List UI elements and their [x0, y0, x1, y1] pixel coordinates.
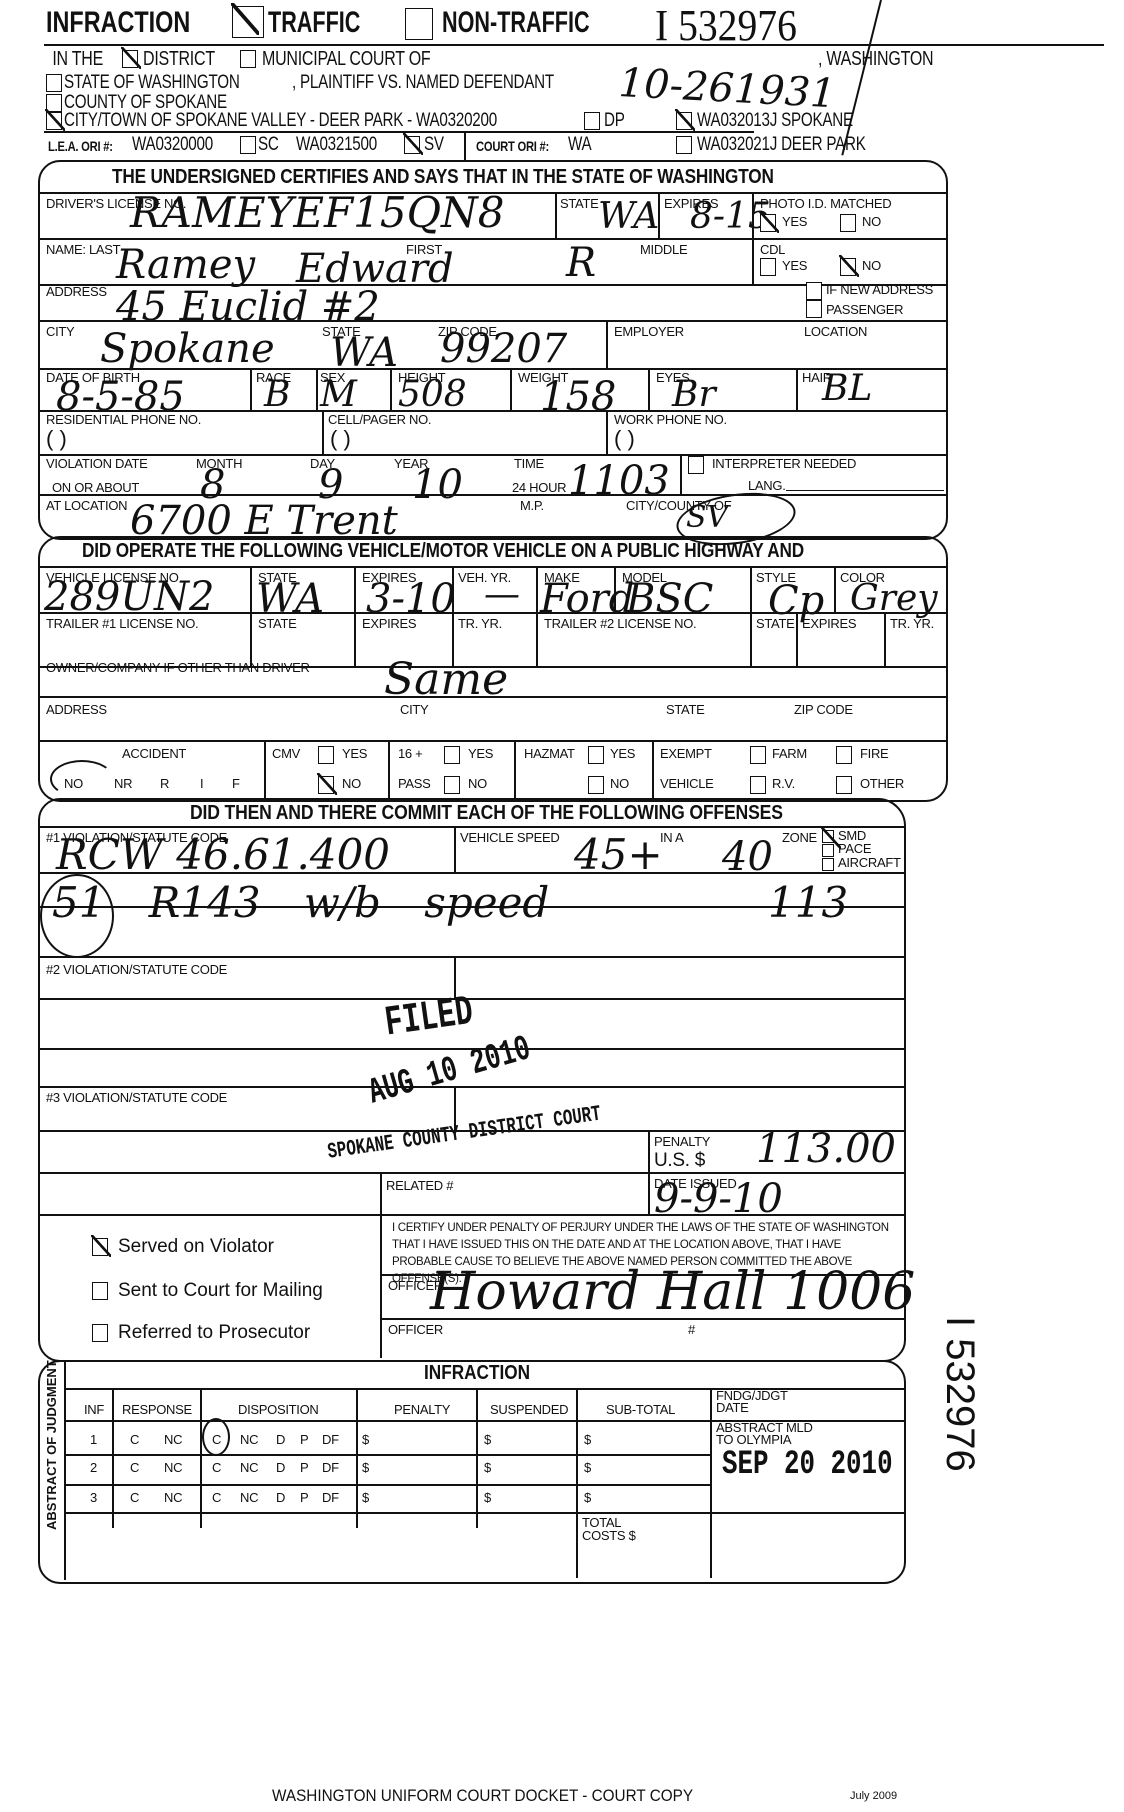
vehicle-speed-label: VEHICLE SPEED — [460, 830, 559, 845]
vehicle-section-title: DID OPERATE THE FOLLOWING VEHICLE/MOTOR … — [82, 540, 804, 563]
total-costs-label: TOTAL COSTS $ — [582, 1516, 642, 1542]
time-label: TIME — [514, 456, 544, 471]
cdl-yes-checkbox[interactable] — [760, 258, 780, 276]
trailer1-state-label: STATE — [258, 616, 296, 631]
disp-d[interactable]: D — [276, 1490, 285, 1505]
row-inf: 2 — [90, 1460, 97, 1475]
mp-label: M.P. — [520, 498, 544, 513]
disp-df[interactable]: DF — [322, 1490, 339, 1505]
divider — [64, 1360, 66, 1580]
violation-date-label: VIOLATION DATE — [46, 456, 148, 471]
v1-amount[interactable]: 113 — [768, 878, 848, 927]
divider — [514, 740, 516, 798]
municipal-label: MUNICIPAL COURT OF — [262, 48, 430, 71]
officer-num-label: # — [688, 1322, 695, 1337]
cdl-no-checkbox[interactable] — [840, 258, 860, 276]
side-citation-number: I 532976 — [937, 1316, 982, 1472]
divider — [380, 1172, 382, 1358]
traffic-checkbox[interactable] — [232, 6, 268, 38]
rule — [38, 1086, 904, 1088]
case-number: 10-261931 — [618, 60, 837, 117]
accident-r[interactable]: R — [160, 776, 169, 791]
col-subtotal: SUB-TOTAL — [606, 1402, 675, 1417]
owner-city-label: CITY — [400, 702, 428, 717]
rule — [38, 612, 946, 614]
sv-checkbox[interactable] — [404, 136, 424, 154]
rule — [38, 740, 946, 742]
col-response: RESPONSE — [122, 1402, 192, 1417]
court-ori-value: WA — [568, 134, 591, 156]
penalty-value[interactable]: 113.00 — [756, 1126, 896, 1172]
row-inf: 3 — [90, 1490, 97, 1505]
divider — [390, 368, 392, 410]
sixteen-label: 16 + — [398, 746, 422, 761]
divider — [316, 368, 318, 410]
dp-label: DP — [604, 110, 625, 132]
divider — [454, 826, 456, 872]
photo-id-yes-checkbox[interactable] — [760, 214, 780, 232]
photo-id-yes-label: YES — [782, 214, 807, 229]
disp-c[interactable]: C — [212, 1490, 221, 1505]
zip-value[interactable]: 99207 — [440, 326, 567, 372]
officer-signature: Howard Hall 1006 — [430, 1262, 915, 1322]
city-county-value[interactable]: SV — [686, 500, 728, 535]
rule — [64, 1484, 710, 1486]
weight-value[interactable]: 158 — [540, 374, 616, 420]
divider — [510, 368, 512, 410]
veh-yr-value[interactable]: — — [484, 574, 520, 615]
divider — [200, 1388, 202, 1528]
city-town-label: CITY/TOWN OF SPOKANE VALLEY - DEER PARK … — [64, 110, 497, 132]
rule — [64, 1512, 904, 1514]
driver-section-title: THE UNDERSIGNED CERTIFIES AND SAYS THAT … — [112, 166, 774, 189]
v2-label: #2 VIOLATION/STATUTE CODE — [46, 962, 227, 977]
divider — [250, 368, 252, 410]
accident-nr[interactable]: NR — [114, 776, 132, 791]
penalty-dollar[interactable]: $ — [362, 1490, 369, 1505]
city-label: CITY — [46, 324, 74, 339]
wa032021j-label: WA032021J DEER PARK — [697, 134, 866, 156]
rule — [38, 566, 946, 568]
sc-value: WA0321500 — [296, 134, 377, 156]
referred-checkbox[interactable] — [92, 1324, 112, 1342]
served-checkbox[interactable] — [92, 1238, 112, 1256]
wa032013j-label: WA032013J SPOKANE — [697, 110, 853, 132]
new-address-label: IF NEW ADDRESS — [826, 282, 933, 297]
served-label: Served on Violator — [118, 1236, 274, 1258]
traffic-label: TRAFFIC — [268, 6, 360, 40]
state-of-wa-checkbox[interactable] — [46, 74, 66, 92]
cmv-no-label: NO — [342, 776, 361, 791]
pass-label: PASS — [398, 776, 431, 791]
suspended-dollar[interactable]: $ — [484, 1460, 491, 1475]
divider — [652, 740, 654, 798]
accident-f[interactable]: F — [232, 776, 240, 791]
penalty-dollar[interactable]: $ — [362, 1432, 369, 1447]
rule — [38, 956, 904, 958]
eyes-value[interactable]: Br — [672, 374, 716, 415]
divider — [750, 566, 752, 666]
nontraffic-label: NON-TRAFFIC — [442, 6, 590, 40]
city-town-checkbox[interactable] — [46, 112, 66, 130]
passenger-checkbox[interactable] — [806, 300, 826, 318]
sixteen-yes-label: YES — [468, 746, 493, 761]
col-disposition: DISPOSITION — [238, 1402, 319, 1417]
court-ori-label: COURT ORI #: — [476, 138, 549, 154]
divider — [796, 612, 798, 666]
district-label: DISTRICT — [143, 48, 215, 71]
rule — [64, 1454, 710, 1456]
us-dollar-label: U.S. $ — [654, 1150, 705, 1172]
lea-ori-value: WA0320000 — [132, 134, 213, 156]
farm-label: FARM — [772, 746, 807, 761]
disp-nc[interactable]: NC — [240, 1432, 258, 1447]
washington-label: , WASHINGTON — [818, 48, 933, 71]
col-suspended: SUSPENDED — [490, 1402, 568, 1417]
farm-checkbox[interactable] — [750, 746, 770, 764]
cell-phone-label: CELL/PAGER NO. — [328, 412, 431, 427]
disp-nc[interactable]: NC — [240, 1490, 258, 1505]
rule — [38, 1172, 904, 1174]
lang-input[interactable] — [786, 490, 944, 491]
divider — [576, 1388, 578, 1578]
divider — [536, 566, 538, 666]
license-value[interactable]: RAMEYEF15QN8 — [130, 188, 505, 237]
zone-label: ZONE — [782, 830, 817, 845]
divider — [264, 740, 266, 798]
divider — [555, 192, 557, 238]
on-or-about-label: ON OR ABOUT — [52, 480, 139, 495]
other-checkbox[interactable] — [836, 776, 856, 794]
abstract-side-label: ABSTRACT OF JUDGMENT — [44, 1360, 59, 1530]
wa032013j-checkbox[interactable] — [676, 112, 696, 130]
header-rule — [44, 44, 1104, 46]
related-label: RELATED # — [386, 1178, 453, 1193]
new-address-checkbox[interactable] — [806, 282, 826, 300]
disp-df[interactable]: DF — [322, 1460, 339, 1475]
photo-id-label: PHOTO I.D. MATCHED — [760, 196, 891, 211]
disp-nc[interactable]: NC — [240, 1460, 258, 1475]
form-title: INFRACTION — [46, 6, 190, 40]
municipal-checkbox[interactable] — [240, 50, 260, 68]
location-label: LOCATION — [804, 324, 867, 339]
abstract-title: INFRACTION — [424, 1362, 530, 1385]
at-location-label: AT LOCATION — [46, 498, 127, 513]
hazmat-no-label: NO — [610, 776, 629, 791]
divider — [476, 1388, 478, 1528]
divider — [648, 368, 650, 410]
pass-no-label: NO — [468, 776, 487, 791]
photo-id-no-label: NO — [862, 214, 881, 229]
vehicle-label: VEHICLE — [660, 776, 714, 791]
name-last-label: NAME: LAST — [46, 242, 120, 257]
interpreter-checkbox[interactable] — [688, 456, 708, 474]
divider — [112, 1388, 114, 1528]
penalty-label: PENALTY — [654, 1134, 710, 1149]
disp-p[interactable]: P — [300, 1490, 308, 1505]
wa032021j-checkbox[interactable] — [676, 136, 696, 154]
exempt-label: EXEMPT — [660, 746, 712, 761]
hair-value[interactable]: BL — [822, 368, 872, 409]
subtotal-dollar[interactable]: $ — [584, 1432, 591, 1447]
disp-d[interactable]: D — [276, 1460, 285, 1475]
v3-label: #3 VIOLATION/STATUTE CODE — [46, 1090, 227, 1105]
accident-no-circle — [50, 760, 114, 798]
hour24-label: 24 HOUR — [512, 480, 566, 495]
sent-label: Sent to Court for Mailing — [118, 1280, 323, 1302]
dp-checkbox[interactable] — [584, 112, 604, 130]
divider — [354, 566, 356, 666]
address-label: ADDRESS — [46, 284, 107, 299]
hazmat-label: HAZMAT — [524, 746, 575, 761]
divider — [322, 410, 324, 454]
suspended-dollar[interactable]: $ — [484, 1432, 491, 1447]
sex-value[interactable]: M — [320, 374, 357, 415]
middle-value[interactable]: R — [566, 240, 596, 286]
middle-label: MIDDLE — [640, 242, 687, 257]
cdl-label: CDL — [760, 242, 785, 257]
divider — [884, 612, 886, 666]
height-value[interactable]: 508 — [398, 374, 467, 415]
trailer1-label: TRAILER #1 LICENSE NO. — [46, 616, 198, 631]
disp-p[interactable]: P — [300, 1460, 308, 1475]
subtotal-dollar[interactable]: $ — [584, 1490, 591, 1505]
race-value[interactable]: B — [264, 374, 290, 415]
res-phone-label: RESIDENTIAL PHONE NO. — [46, 412, 201, 427]
officer2-label: OFFICER — [388, 1322, 443, 1337]
sv-label: SV — [424, 134, 444, 156]
disp-p[interactable]: P — [300, 1432, 308, 1447]
penalty-dollar[interactable]: $ — [362, 1460, 369, 1475]
cmv-yes-label: YES — [342, 746, 367, 761]
sent-checkbox[interactable] — [92, 1282, 112, 1300]
rv-checkbox[interactable] — [750, 776, 770, 794]
trailer2-expires-label: EXPIRES — [802, 616, 856, 631]
resp-nc[interactable]: NC — [164, 1460, 182, 1475]
hazmat-yes-label: YES — [610, 746, 635, 761]
work-phone-input[interactable]: ( ) — [614, 426, 635, 452]
v1-note[interactable]: 51 R143 w/b speed — [52, 878, 549, 927]
divider — [452, 566, 454, 666]
trailer1-expires-label: EXPIRES — [362, 616, 416, 631]
accident-label: ACCIDENT — [122, 746, 186, 761]
resp-c[interactable]: C — [130, 1490, 139, 1505]
cdl-yes-label: YES — [782, 258, 807, 273]
sc-label: SC — [258, 134, 279, 156]
rule — [44, 131, 754, 133]
rule — [38, 872, 904, 874]
pace-label: PACE — [838, 841, 871, 856]
district-checkbox[interactable] — [122, 50, 142, 68]
abstract-date-stamp: SEP 20 2010 — [722, 1446, 893, 1484]
rule — [380, 1318, 904, 1320]
cdl-no-label: NO — [862, 258, 881, 273]
divider — [250, 566, 252, 666]
trailer2-label: TRAILER #2 LICENSE NO. — [544, 616, 696, 631]
lang-label: LANG. — [748, 478, 786, 493]
resp-c[interactable]: C — [130, 1460, 139, 1475]
owner-zip-label: ZIP CODE — [794, 702, 853, 717]
divider — [658, 192, 660, 238]
fire-checkbox[interactable] — [836, 746, 856, 764]
employer-label: EMPLOYER — [614, 324, 684, 339]
rule — [38, 1214, 904, 1216]
in-a-label: IN A — [660, 830, 683, 845]
sixteen-yes-checkbox[interactable] — [444, 746, 464, 764]
fndg-label: FNDG/JDGT DATE — [716, 1390, 796, 1414]
cmv-label: CMV — [272, 746, 300, 761]
owner-state-label: STATE — [666, 702, 704, 717]
city-value[interactable]: Spokane — [100, 326, 275, 372]
divider — [614, 566, 616, 612]
divider — [606, 320, 608, 368]
other-label: OTHER — [860, 776, 904, 791]
rule — [38, 238, 946, 240]
disp-d[interactable]: D — [276, 1432, 285, 1447]
revision-label: July 2009 — [850, 1790, 897, 1802]
sc-checkbox[interactable] — [240, 136, 260, 154]
in-the-label: IN THE — [52, 48, 103, 71]
state-label: STATE — [560, 196, 598, 211]
owner-address-label: ADDRESS — [46, 702, 107, 717]
aircraft-label: AIRCRAFT — [838, 855, 901, 870]
lea-ori-label: L.E.A. ORI #: — [48, 138, 113, 154]
docket-footer: WASHINGTON UNIFORM COURT DOCKET - COURT … — [272, 1786, 693, 1806]
suspended-dollar[interactable]: $ — [484, 1490, 491, 1505]
row-inf: 1 — [90, 1432, 97, 1447]
hazmat-yes-checkbox[interactable] — [588, 746, 608, 764]
disp-df[interactable]: DF — [322, 1432, 339, 1447]
divider — [464, 132, 466, 160]
fire-label: FIRE — [860, 746, 888, 761]
resp-c[interactable]: C — [130, 1432, 139, 1447]
divider — [710, 1388, 712, 1578]
cmv-no-checkbox[interactable] — [318, 776, 338, 794]
year-value[interactable]: 10 — [412, 462, 463, 508]
state-of-wa-label: STATE OF WASHINGTON — [64, 72, 240, 94]
slash-mark — [841, 0, 882, 155]
rule — [38, 826, 904, 828]
col-penalty: PENALTY — [394, 1402, 450, 1417]
state-value[interactable]: WA — [598, 196, 659, 237]
trailer1-yr-label: TR. YR. — [458, 616, 502, 631]
col-inf: INF — [84, 1402, 104, 1417]
cmv-yes-checkbox[interactable] — [318, 746, 338, 764]
disp-c[interactable]: C — [212, 1432, 221, 1447]
interpreter-label: INTERPRETER NEEDED — [712, 456, 856, 471]
subtotal-dollar[interactable]: $ — [584, 1460, 591, 1475]
resp-nc[interactable]: NC — [164, 1490, 182, 1505]
rule — [38, 906, 904, 908]
plaintiff-label: , PLAINTIFF VS. NAMED DEFENDANT — [292, 72, 554, 94]
divider — [796, 368, 798, 410]
work-phone-label: WORK PHONE NO. — [614, 412, 727, 427]
nontraffic-checkbox[interactable] — [405, 8, 437, 40]
rule — [38, 320, 946, 322]
rule — [38, 696, 946, 698]
photo-id-no-checkbox[interactable] — [840, 214, 860, 232]
referred-label: Referred to Prosecutor — [118, 1322, 310, 1344]
trailer2-yr-label: TR. YR. — [890, 616, 934, 631]
resp-nc[interactable]: NC — [164, 1432, 182, 1447]
cell-phone-input[interactable]: ( ) — [330, 426, 351, 452]
disp-c[interactable]: C — [212, 1460, 221, 1475]
abstract-mld-label: ABSTRACT MLD TO OLYMPIA — [716, 1422, 816, 1446]
passenger-label: PASSENGER — [826, 302, 903, 317]
last-name-value[interactable]: Ramey — [116, 242, 255, 288]
hazmat-no-checkbox[interactable] — [588, 776, 608, 794]
rv-label: R.V. — [772, 776, 795, 791]
res-phone-input[interactable]: ( ) — [46, 426, 67, 452]
trailer2-state-label: STATE — [756, 616, 794, 631]
rule — [38, 494, 946, 496]
owner-label: OWNER/COMPANY IF OTHER THAN DRIVER — [46, 660, 310, 675]
divider — [356, 1388, 358, 1528]
divider — [606, 410, 608, 454]
divider — [680, 454, 682, 494]
pass-no-checkbox[interactable] — [444, 776, 464, 794]
divider — [834, 566, 836, 612]
offenses-section-title: DID THEN AND THERE COMMIT EACH OF THE FO… — [190, 802, 783, 825]
divider — [388, 740, 390, 798]
accident-i[interactable]: I — [200, 776, 203, 791]
